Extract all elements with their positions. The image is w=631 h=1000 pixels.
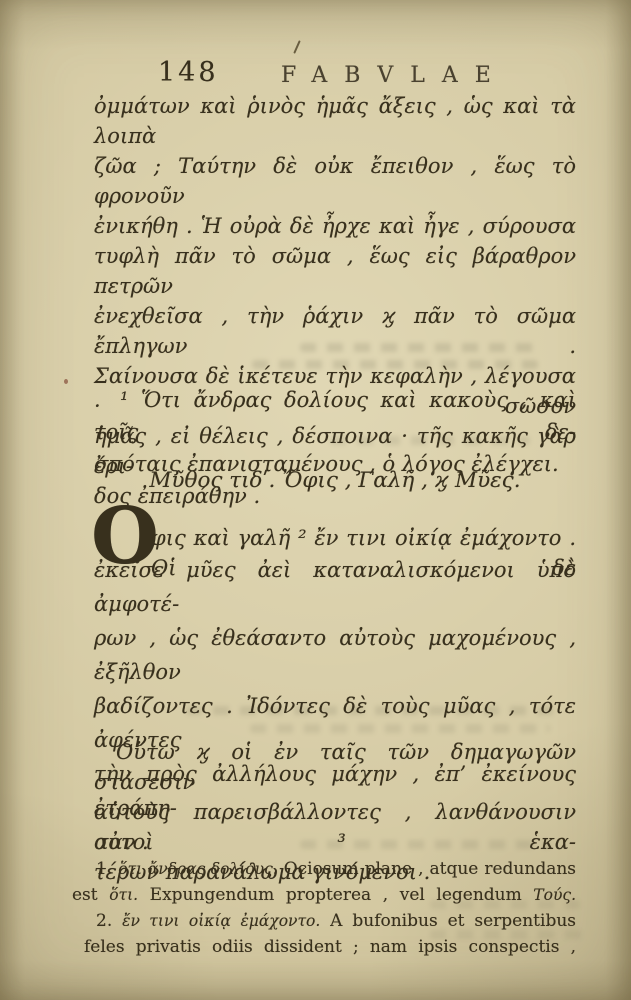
footnote-lemma: ὅτι ἄνδρας δολίους. bbox=[118, 860, 277, 878]
text-line: ἐκεῖσε μῦες ἀεὶ καταναλισκόμενοι ὑπὸ ἀμφ… bbox=[94, 553, 576, 621]
text-line: ρων , ὡς ἐθεάσαντο αὐτοὺς μαχομένους , ἐ… bbox=[94, 621, 576, 689]
footnote-text: est bbox=[72, 885, 109, 905]
footnote-lemma: Τούς. bbox=[533, 886, 576, 904]
text-line: ἐνεχθεῖσα , τὴν ῥάχιν ϗ πᾶν τὸ σῶμα ἔπλη… bbox=[94, 301, 576, 361]
footnote-lemma: ἔν τινι οἰκίᾳ ἐμάχοντο. bbox=[122, 912, 320, 930]
footnote-line: 1. ὅτι ἄνδρας δολίους. Ociosum plane , a… bbox=[72, 856, 576, 882]
text-line: αὑτοὺς παρεισβάλλοντες , λανθάνουσιν αὐτ… bbox=[94, 797, 576, 857]
text-line: Οὕτω ϗ οἱ ἐν ταῖς τῶν δημαγωγῶν στάσεσιν bbox=[94, 737, 576, 797]
text-line: τυφλὴ πᾶν τὸ σῶμα , ἕως εἰς βάραθρον πετ… bbox=[94, 241, 576, 301]
footnote-line: est ὅτι. Expungendum propterea , vel leg… bbox=[72, 882, 576, 908]
footnote-text: Ociosum plane , atque redundans bbox=[278, 859, 576, 879]
book-page: 148 FABVLAE ὀμμάτων καὶ ῥινὸς ἡμᾶς ἄξεις… bbox=[0, 0, 631, 1000]
text-line: ζῶα ; Ταύτην δὲ οὐκ ἔπειθον , ἕως τὸ φρο… bbox=[94, 151, 576, 211]
ink-speck bbox=[64, 379, 68, 384]
running-title: FABVLAE bbox=[281, 63, 508, 88]
fable-title: Μῦθος τιδʹ. Ὄφις , Γαλῆ , ϗ Μῦες. bbox=[94, 466, 576, 496]
ink-mark bbox=[293, 40, 301, 54]
footnote-text: feles privatis odiis dissident ; nam ips… bbox=[84, 937, 576, 957]
text-line: ὀμμάτων καὶ ῥινὸς ἡμᾶς ἄξεις , ὡς καὶ τὰ… bbox=[94, 91, 576, 151]
footnote-lemma: ὅτι. bbox=[109, 886, 138, 904]
footnote-line: 2. ἔν τινι οἰκίᾳ ἐμάχοντο. A bufonibus e… bbox=[72, 908, 576, 934]
footnote-line: feles privatis odiis dissident ; nam ips… bbox=[72, 934, 576, 960]
footnotes-block: 1. ὅτι ἄνδρας δολίους. Ociosum plane , a… bbox=[72, 856, 576, 960]
text-line: ἐνικήθη . Ἡ οὐρὰ δὲ ἦρχε καὶ ἦγε , σύρου… bbox=[94, 211, 576, 241]
page-number: 148 bbox=[158, 57, 219, 88]
text-line: ¹ Ὅτι ἄνδρας δολίους καὶ κακοὺς , καὶ το… bbox=[94, 384, 576, 448]
footnote-text: A bufonibus et serpentibus bbox=[320, 911, 576, 931]
footnote-marker: 1. bbox=[96, 859, 118, 879]
footnote-marker: 2. bbox=[96, 911, 122, 931]
footnote-text: Expungendum propterea , vel legendum bbox=[138, 885, 533, 905]
